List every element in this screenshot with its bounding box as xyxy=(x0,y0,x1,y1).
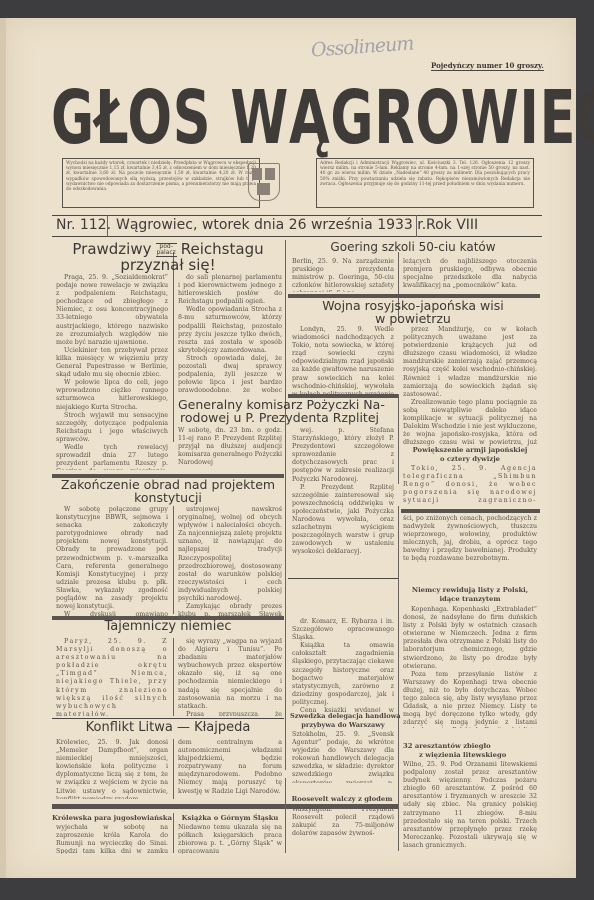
column-rule xyxy=(173,638,174,716)
headline-small-word: pod-palacz xyxy=(156,243,177,257)
headline-russo-japanese-war: Wojna rosyjsko-japońska wisiw powietrzu xyxy=(288,299,538,325)
article-german-col2: się wyrazy „wagpa na wyjazd do Algieru i… xyxy=(178,638,282,716)
section-rule xyxy=(52,718,284,719)
headline-japan-army: Powiększenie armji japońskiejo cztery dy… xyxy=(403,446,537,463)
headline-goering-school: Goering szkoli 50-ciu katów xyxy=(288,241,538,254)
article-food-aid: ści, po zniżonych cenach, pochodzących z… xyxy=(403,515,537,571)
editorial-address-box: Adres Redakcji i Administracji Wągrowiec… xyxy=(316,158,534,208)
article-roosevelt: Waszyngton. Prezydent Roosevelt polecił … xyxy=(292,806,394,836)
column-rule xyxy=(173,813,174,853)
column-rule xyxy=(285,778,286,853)
column-rule xyxy=(173,252,174,442)
article-reichstag-col2: do sali plenarnej parlamentu i pod kiero… xyxy=(178,274,282,392)
article-german-col1: Paryż, 25. 9. Z Marsylji donoszą o aresz… xyxy=(56,638,168,716)
article-letters-inspected: Kopenhaga. Kopenhaski „Extrabladet” dono… xyxy=(403,606,537,728)
headline-swedish-delegation: Szwedzka delegacja handlowaprzybywa do W… xyxy=(290,712,396,729)
dateline-bottom-rule xyxy=(52,236,542,237)
article-loan-col2: wej. p. Stefana Starzyńskiego, który zło… xyxy=(292,427,394,577)
subscription-info-box: Wychodzi na każdy wtorek, czwartek i nie… xyxy=(62,158,260,208)
headline-loan-commissioner: Generalny komisarz Pożyczki Na-rodowej u… xyxy=(178,398,398,424)
section-rule xyxy=(288,578,398,579)
article-goering-col2: leżących do najbliższego otoczenia premj… xyxy=(403,258,537,292)
headline-silesia-book: Książka o Górnym Śląsku xyxy=(176,814,284,822)
article-yugoslav-royals: wyjechała w sobotę na zaproszenie króla … xyxy=(56,824,168,854)
article-prison-escape: Wilno, 25. 9. Pod Orzanami litewskiemi p… xyxy=(403,761,537,851)
article-loan-col1: W sobotę, dn. 23 bm. o godz. 11-ej rano … xyxy=(178,427,282,475)
article-silesia-book: Niedawno temu ukazała się na półkach ksi… xyxy=(178,824,282,854)
article-goering-col1: Berlin, 25. 9. Na zarządzenie pruskiego … xyxy=(292,258,394,292)
headline-constitution: Zakończenie obrad nad projektemkonstytuc… xyxy=(52,478,284,504)
article-reichstag-col1: Praga, 25. 9. „Sozialdemokrat” podaje no… xyxy=(56,274,168,470)
headline-letters-inspected: Niemcy rewidują listy z Polski,idące tra… xyxy=(403,586,537,603)
article-silesia-review: dr. Komarz, E. Rybarza i in. Szczegółowo… xyxy=(292,618,394,712)
headline-yugoslav-royals: Królewska para jugosłowiańska xyxy=(52,814,172,822)
handwritten-library-note: Ossolineum xyxy=(310,32,414,61)
section-rule xyxy=(401,509,540,513)
article-constitution-col1: W sobotę połączone grupy konstytucyjne B… xyxy=(56,506,168,616)
newspaper-title: GŁOS WĄGROWIECKI xyxy=(51,78,399,158)
dateline-top-rule xyxy=(52,215,542,216)
article-japan-army: Tokio, 25. 9. Agencja telegraficzna „Shi… xyxy=(403,465,537,505)
column-rule xyxy=(398,394,399,484)
headline-mysterious-german: Tajemniczy niemiec xyxy=(52,620,284,634)
article-war-col2: przez Mandżurję, co w kołach politycznyc… xyxy=(403,326,537,446)
place-and-date: Wągrowiec, wtorek dnia 26 września 1933 … xyxy=(116,217,426,233)
headline-roosevelt: Roosevelt walczy z głodem xyxy=(288,795,396,803)
newspaper-page: Ossolineum Pojedyńczy numer 10 groszy. G… xyxy=(6,18,576,878)
column-rule xyxy=(285,240,286,770)
issue-number: Nr. 112. xyxy=(56,217,111,233)
article-war-col1: Londyn, 25. 9. Wedle wiadomości nadchodz… xyxy=(292,326,394,394)
headline-prison-escape: 32 aresztantów zbiegłoz więzienia litews… xyxy=(403,742,537,759)
city-crest-icon xyxy=(248,163,280,201)
single-issue-price: Pojedyńczy numer 10 groszy. xyxy=(431,61,544,71)
column-rule xyxy=(173,506,174,614)
column-rule xyxy=(173,739,174,799)
headline-lithuania-klaipeda: Konflikt Litwa — Kłajpeda xyxy=(52,721,284,735)
article-klaipeda-col1: Królewiec, 25. 9. Jak donosi „Memeler Da… xyxy=(56,739,168,799)
volume-year: Rok VIII xyxy=(426,217,478,233)
article-constitution-col2: ustrojowej nawskroś oryginalnej, wolnej … xyxy=(178,506,282,616)
column-rule xyxy=(398,506,399,851)
article-klaipeda-col2: dem centralnym a autonomicznemi władzami… xyxy=(178,739,282,799)
article-swedish-delegation: Sztokholm, 25. 9. „Svensk Agentur” podaj… xyxy=(292,731,394,783)
headline-reichstag: Prawdziwypod-palaczReichstagu przyznał s… xyxy=(52,242,284,274)
